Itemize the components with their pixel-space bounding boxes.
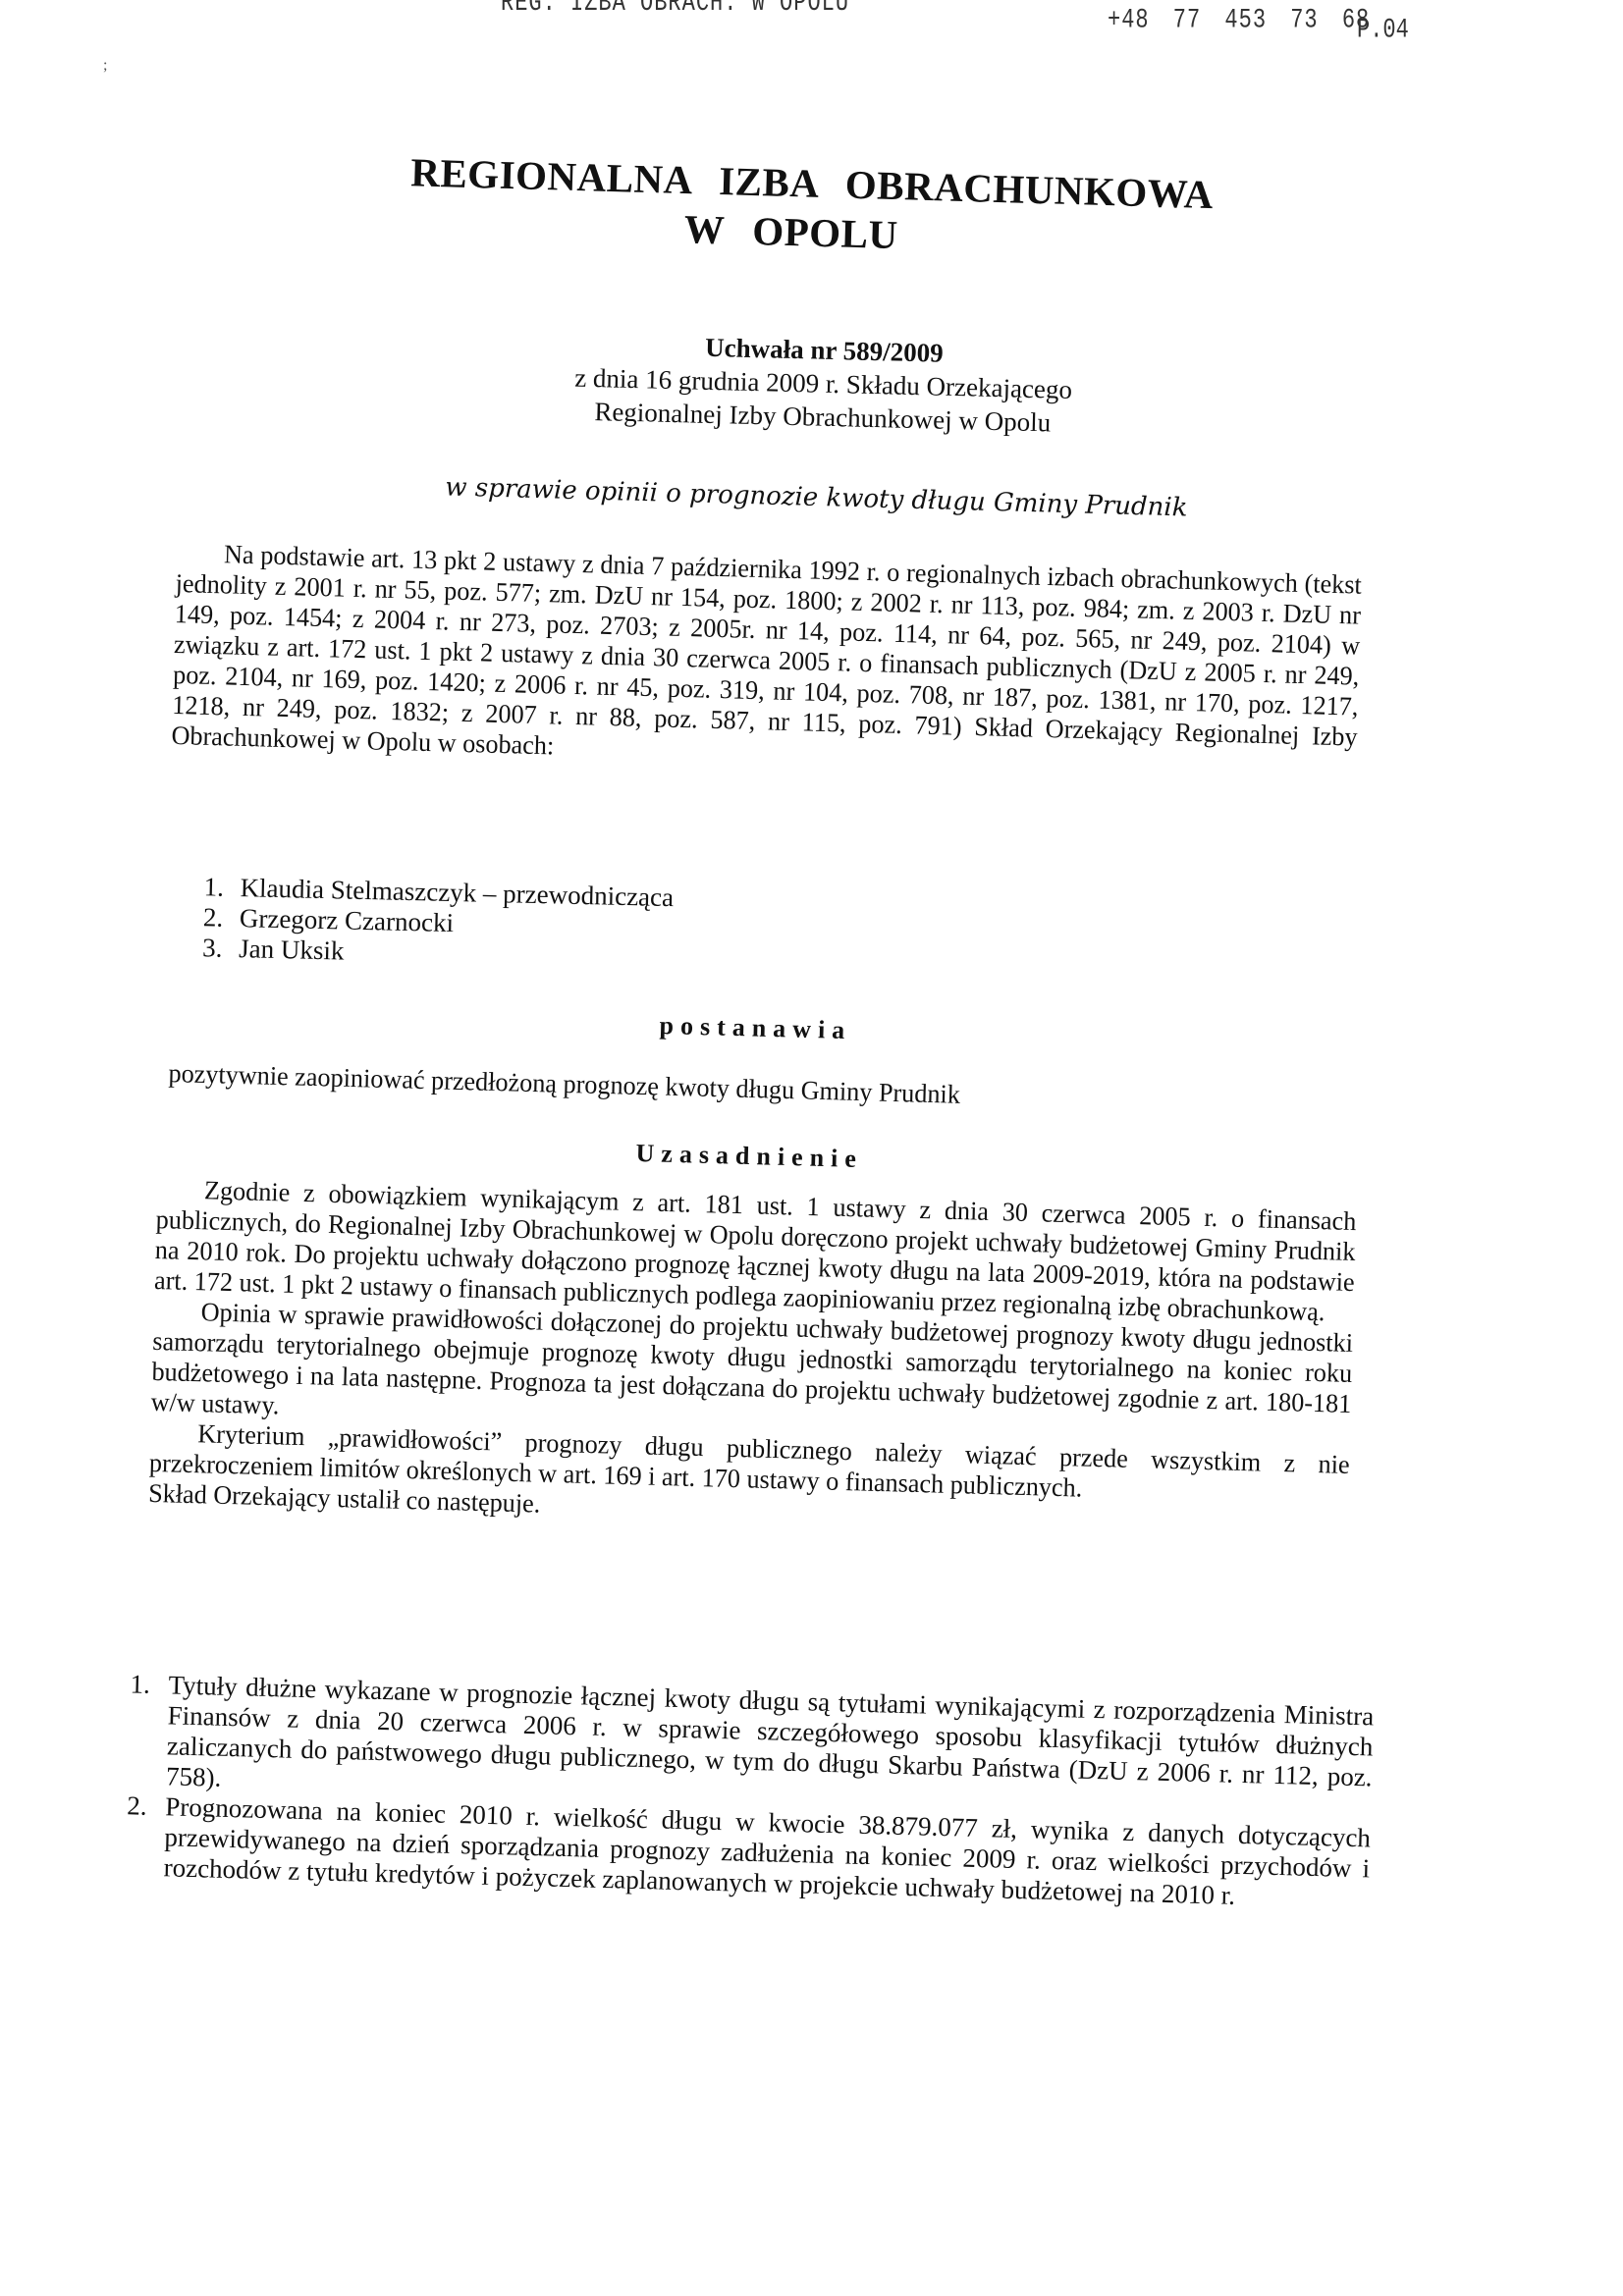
justification-heading: Uzasadnienie — [635, 1139, 863, 1174]
fax-sender: REG. IZBA OBRACH. W OPOLU — [501, 0, 849, 19]
legal-basis-section: Na podstawie art. 13 pkt 2 ustawy z dnia… — [171, 538, 1362, 783]
resolution-header: Uchwała nr 589/2009 z dnia 16 grudnia 20… — [430, 324, 1217, 444]
document-title: REGIONALNA IZBA OBRACHUNKOWA W OPOLU — [329, 145, 1293, 270]
fax-page-number: P.04 — [1357, 15, 1409, 45]
fax-header: REG. IZBA OBRACH. W OPOLU +48 77 453 73 … — [0, 0, 1623, 44]
decision-heading: postanawia — [659, 1011, 851, 1045]
legal-basis-paragraph: Na podstawie art. 13 pkt 2 ustawy z dnia… — [171, 538, 1362, 783]
scan-artifact: ; — [103, 57, 107, 75]
decision-section: pozytywnie zaopiniować przedłożoną progn… — [168, 1058, 1354, 1121]
findings-list: Tytuły dłużne wykazane w prognozie łączn… — [112, 1669, 1374, 1914]
justification-section: Zgodnie z obowiązkiem wynikającym z art.… — [148, 1174, 1357, 1541]
decision-text: pozytywnie zaopiniować przedłożoną progn… — [168, 1058, 1354, 1121]
fax-phone-number: +48 77 453 73 68 — [1108, 5, 1370, 35]
resolution-subject: w sprawie opinii o prognozie kwoty długu… — [394, 471, 1239, 524]
members-list: Klaudia Stelmaszczyk – przewodnicząca Gr… — [189, 872, 879, 979]
